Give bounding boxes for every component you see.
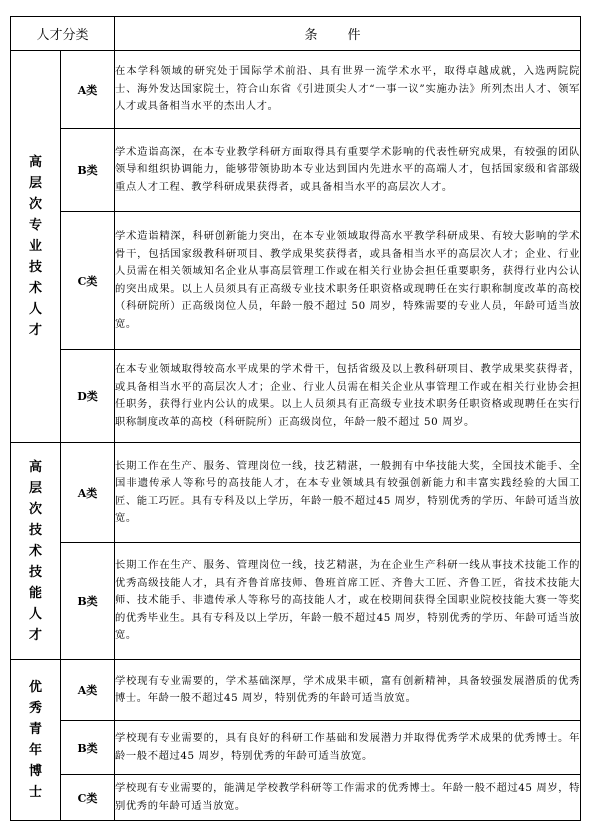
header-condition: 条件: [115, 17, 581, 51]
condition-text: 在本学科领域的研究处于国际学术前沿、具有世界一流学术水平，取得卓越成就，入选两院…: [115, 51, 581, 129]
table-row: B类 学术造诣高深，在本专业教学科研方面取得具有重要学术影响的代表性研究成果，有…: [11, 129, 581, 212]
group-label-char: 高: [11, 152, 60, 173]
group-label-char: 技: [11, 562, 60, 583]
group-label-char: 次: [11, 499, 60, 520]
group-label-char: 技: [11, 520, 60, 541]
group-label-char: 术: [11, 541, 60, 562]
condition-text: 长期工作在生产、服务、管理岗位一线，技艺精湛，为在企业生产科研一线从事技术技能工…: [115, 543, 581, 660]
class-label: B类: [61, 129, 115, 212]
table-row: C类 学术造诣精深，科研创新能力突出，在本专业领域取得高水平教学科研成果、有较大…: [11, 212, 581, 350]
group-label-char: 年: [11, 740, 60, 761]
group-label-char: 才: [11, 320, 60, 341]
group-label-char: 士: [11, 782, 60, 803]
group-label-char: 高: [11, 457, 60, 478]
group-label-char: 技: [11, 257, 60, 278]
class-label: A类: [61, 443, 115, 543]
group-label: 高层次技术技能人才: [11, 443, 61, 660]
condition-text: 学术造诣高深，在本专业教学科研方面取得具有重要学术影响的代表性研究成果，有较强的…: [115, 129, 581, 212]
table-row: B类 学校现有专业需要的，具有良好的科研工作基础和发展潜力并取得优秀学术成果的优…: [11, 721, 581, 775]
condition-text: 学校现有专业需要的，学术基础深厚，学术成果丰硕，富有创新精神，具备较强发展潜质的…: [115, 660, 581, 721]
condition-text: 学校现有专业需要的，能满足学校教学科研等工作需求的优秀博士。年龄一般不超过45 …: [115, 775, 581, 821]
class-label: C类: [61, 775, 115, 821]
group-label-char: 业: [11, 236, 60, 257]
table-row: 高层次技术技能人才 A类 长期工作在生产、服务、管理岗位一线，技艺精湛，一般拥有…: [11, 443, 581, 543]
class-label: A类: [61, 660, 115, 721]
header-row: 人才分类 条件: [11, 17, 581, 51]
group-label-char: 能: [11, 583, 60, 604]
group-label-char: 专: [11, 215, 60, 236]
group-label-char: 人: [11, 299, 60, 320]
class-label: C类: [61, 212, 115, 350]
talent-category-table: 人才分类 条件 高层次专业技术人才 A类 在本学科领域的研究处于国际学术前沿、具…: [10, 16, 581, 821]
condition-text: 学术造诣精深，科研创新能力突出，在本专业领域取得高水平教学科研成果、有较大影响的…: [115, 212, 581, 350]
table-row: C类 学校现有专业需要的，能满足学校教学科研等工作需求的优秀博士。年龄一般不超过…: [11, 775, 581, 821]
header-category: 人才分类: [11, 17, 115, 51]
group-label-char: 优: [11, 677, 60, 698]
condition-text: 在本专业领域取得较高水平成果的学术骨干，包括省级及以上教科研项目、教学成果奖获得…: [115, 350, 581, 443]
group-label-char: 秀: [11, 698, 60, 719]
condition-text: 长期工作在生产、服务、管理岗位一线，技艺精湛，一般拥有中华技能大奖，全国技术能手…: [115, 443, 581, 543]
table-row: B类 长期工作在生产、服务、管理岗位一线，技艺精湛，为在企业生产科研一线从事技术…: [11, 543, 581, 660]
table-row: 高层次专业技术人才 A类 在本学科领域的研究处于国际学术前沿、具有世界一流学术水…: [11, 51, 581, 129]
class-label: D类: [61, 350, 115, 443]
group-label-char: 层: [11, 478, 60, 499]
group-label-char: 博: [11, 761, 60, 782]
class-label: B类: [61, 721, 115, 775]
group-label-char: 青: [11, 719, 60, 740]
group-label-char: 人: [11, 604, 60, 625]
table-row: 优秀青年博士 A类 学校现有专业需要的，学术基础深厚，学术成果丰硕，富有创新精神…: [11, 660, 581, 721]
condition-text: 学校现有专业需要的，具有良好的科研工作基础和发展潜力并取得优秀学术成果的优秀博士…: [115, 721, 581, 775]
group-label: 优秀青年博士: [11, 660, 61, 821]
group-label-char: 层: [11, 173, 60, 194]
class-label: B类: [61, 543, 115, 660]
group-label: 高层次专业技术人才: [11, 51, 61, 443]
group-label-char: 次: [11, 194, 60, 215]
group-label-char: 术: [11, 278, 60, 299]
table-row: D类 在本专业领域取得较高水平成果的学术骨干，包括省级及以上教科研项目、教学成果…: [11, 350, 581, 443]
group-label-char: 才: [11, 625, 60, 646]
class-label: A类: [61, 51, 115, 129]
